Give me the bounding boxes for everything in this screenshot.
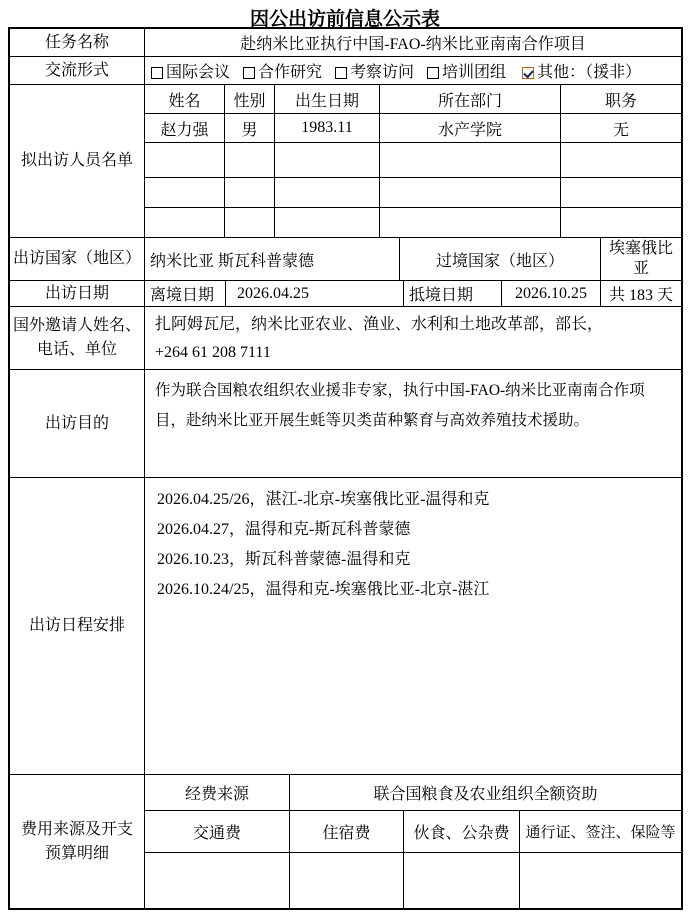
- invitee-label-line2: 电话、单位: [13, 338, 141, 362]
- purpose-text: 作为联合国粮农组织农业援非专家，执行中国-FAO-纳米比亚南南合作项目，赴纳米比…: [147, 370, 679, 436]
- row-dates: 出访日期 离境日期 2026.04.25 抵境日期 2026.10.25 共 1…: [10, 281, 681, 307]
- row-countries: 出访国家（地区） 纳米比亚 斯瓦科普蒙德 过境国家（地区） 埃塞俄比亚: [10, 238, 681, 281]
- row-exchange: 交流形式 国际会议 合作研究 考察访问 培训团组 其他：（援非）: [10, 57, 681, 85]
- fee-cell-lodging: [290, 853, 404, 908]
- row-invitee: 国外邀请人姓名、 电话、单位 扎阿姆瓦尼，纳米比亚农业、渔业、水利和土地改革部，…: [10, 307, 681, 370]
- transit-label: 过境国家（地区）: [400, 238, 601, 280]
- dates-label: 出访日期: [10, 281, 145, 306]
- departure-date-label: 离境日期: [145, 281, 226, 306]
- personnel-row: [145, 143, 681, 178]
- checkbox-icon: [427, 67, 439, 79]
- personnel-cell-duty: [561, 143, 681, 177]
- destination-value: 纳米比亚 斯瓦科普蒙德: [145, 238, 400, 280]
- personnel-header-row: 姓名 性别 出生日期 所在部门 职务: [145, 85, 681, 114]
- option-label: 其他：（援非）: [537, 64, 641, 81]
- personnel-cell-department: [380, 208, 561, 237]
- exchange-option-training-group[interactable]: 培训团组: [427, 59, 506, 82]
- invitee-info-line1: 扎阿姆瓦尼，纳米比亚农业、渔业、水利和土地改革部，部长，: [155, 311, 603, 339]
- budget-source-row: 经费来源 联合国粮食及农业组织全额资助: [145, 775, 681, 811]
- personnel-cell-name: [145, 143, 225, 177]
- personnel-cell-sex: 男: [225, 114, 275, 142]
- personnel-label: 拟出访人员名单: [10, 85, 145, 237]
- departure-date-value: 2026.04.25: [226, 281, 404, 306]
- row-budget: 费用来源及开支 预算明细 经费来源 联合国粮食及农业组织全额资助 交通费 住宿费…: [10, 775, 681, 908]
- personnel-cell-dob: [275, 143, 380, 177]
- document-page: 因公出访前信息公示表 任务名称 赴纳米比亚执行中国-FAO-纳米比亚南南合作项目…: [0, 0, 690, 910]
- exchange-option-other[interactable]: 其他：（援非）: [522, 59, 641, 82]
- task-label: 任务名称: [10, 29, 145, 56]
- page-title: 因公出访前信息公示表: [0, 0, 690, 27]
- checkbox-icon: [243, 67, 255, 79]
- personnel-header-sex: 性别: [225, 85, 275, 113]
- itinerary-line: 2026.04.27，温得和克-斯瓦科普蒙德: [157, 515, 489, 545]
- personnel-cell-department: 水产学院: [380, 114, 561, 142]
- exchange-label: 交流形式: [10, 57, 145, 84]
- budget-label-line2: 预算明细: [21, 842, 133, 866]
- invitee-info: 扎阿姆瓦尼，纳米比亚农业、渔业、水利和土地改革部，部长， +264 61 208…: [145, 307, 681, 369]
- personnel-cell-sex: [225, 143, 275, 177]
- fee-cell-meals: [404, 853, 520, 908]
- itinerary-line: 2026.10.23，斯瓦科普蒙德-温得和克: [157, 545, 489, 575]
- checkbox-checked-icon: [522, 67, 534, 79]
- checkbox-icon: [151, 67, 163, 79]
- fee-header-meals: 伙食、公杂费: [404, 811, 520, 852]
- itinerary-line: 2026.10.24/25，温得和克-埃塞俄比亚-北京-湛江: [157, 575, 489, 605]
- personnel-cell-dob: [275, 178, 380, 207]
- exchange-option-international-conference[interactable]: 国际会议: [151, 59, 230, 82]
- fee-cell-permits: [520, 853, 681, 908]
- fee-header-permits: 通行证、签注、保险等: [520, 811, 681, 852]
- row-personnel: 拟出访人员名单 姓名 性别 出生日期 所在部门 职务 赵力强 男 1983.11…: [10, 85, 681, 238]
- personnel-row: 赵力强 男 1983.11 水产学院 无: [145, 114, 681, 143]
- arrival-date-value: 2026.10.25: [502, 281, 601, 306]
- transit-value: 埃塞俄比亚: [601, 238, 681, 280]
- trip-duration: 共 183 天: [601, 281, 681, 306]
- arrival-date-label: 抵境日期: [404, 281, 502, 306]
- exchange-option-cooperative-research[interactable]: 合作研究: [243, 59, 322, 82]
- itinerary-line: 2026.04.25/26，湛江-北京-埃塞俄比亚-温得和克: [157, 485, 489, 515]
- row-purpose: 出访目的 作为联合国粮农组织农业援非专家，执行中国-FAO-纳米比亚南南合作项目…: [10, 370, 681, 478]
- invitee-label: 国外邀请人姓名、 电话、单位: [10, 307, 145, 369]
- option-label: 考察访问: [350, 64, 414, 81]
- personnel-cell-name: [145, 178, 225, 207]
- exchange-options: 国际会议 合作研究 考察访问 培训团组 其他：（援非）: [145, 57, 681, 84]
- row-itinerary: 出访日程安排 2026.04.25/26，湛江-北京-埃塞俄比亚-温得和克 20…: [10, 478, 681, 775]
- budget-fee-header-row: 交通费 住宿费 伙食、公杂费 通行证、签注、保险等: [145, 811, 681, 853]
- option-label: 合作研究: [258, 64, 322, 81]
- personnel-cell-sex: [225, 178, 275, 207]
- fee-cell-transport: [145, 853, 290, 908]
- personnel-row: [145, 208, 681, 237]
- funding-source-label: 经费来源: [145, 775, 290, 810]
- personnel-header-dob: 出生日期: [275, 85, 380, 113]
- personnel-cell-department: [380, 143, 561, 177]
- personnel-cell-duty: [561, 208, 681, 237]
- budget-label: 费用来源及开支 预算明细: [10, 775, 145, 908]
- row-task: 任务名称 赴纳米比亚执行中国-FAO-纳米比亚南南合作项目: [10, 29, 681, 57]
- invitee-info-line2: +264 61 208 7111: [155, 339, 603, 367]
- itinerary-lines: 2026.04.25/26，湛江-北京-埃塞俄比亚-温得和克 2026.04.2…: [147, 478, 489, 605]
- personnel-row: [145, 178, 681, 208]
- invitee-label-line1: 国外邀请人姓名、: [13, 314, 141, 338]
- funding-source-value: 联合国粮食及农业组织全额资助: [290, 775, 681, 810]
- personnel-cell-name: [145, 208, 225, 237]
- personnel-table: 姓名 性别 出生日期 所在部门 职务 赵力强 男 1983.11 水产学院 无: [145, 85, 681, 237]
- personnel-cell-dob: [275, 208, 380, 237]
- budget-fee-value-row: [145, 853, 681, 908]
- fee-header-lodging: 住宿费: [290, 811, 404, 852]
- option-label: 国际会议: [166, 64, 230, 81]
- personnel-header-name: 姓名: [145, 85, 225, 113]
- personnel-cell-department: [380, 178, 561, 207]
- budget-label-line1: 费用来源及开支: [21, 818, 133, 842]
- fee-header-transport: 交通费: [145, 811, 290, 852]
- personnel-cell-name: 赵力强: [145, 114, 225, 142]
- personnel-cell-duty: 无: [561, 114, 681, 142]
- form-table: 任务名称 赴纳米比亚执行中国-FAO-纳米比亚南南合作项目 交流形式 国际会议 …: [8, 27, 683, 910]
- itinerary-label: 出访日程安排: [10, 478, 145, 774]
- exchange-option-inspection-visit[interactable]: 考察访问: [335, 59, 414, 82]
- option-label: 培训团组: [442, 64, 506, 81]
- checkbox-icon: [335, 67, 347, 79]
- itinerary-cell: 2026.04.25/26，湛江-北京-埃塞俄比亚-温得和克 2026.04.2…: [145, 478, 681, 774]
- budget-table: 经费来源 联合国粮食及农业组织全额资助 交通费 住宿费 伙食、公杂费 通行证、签…: [145, 775, 681, 908]
- task-value: 赴纳米比亚执行中国-FAO-纳米比亚南南合作项目: [145, 29, 681, 56]
- transit-value-text: 埃塞俄比亚: [605, 239, 677, 279]
- personnel-header-department: 所在部门: [380, 85, 561, 113]
- purpose-cell: 作为联合国粮农组织农业援非专家，执行中国-FAO-纳米比亚南南合作项目，赴纳米比…: [145, 370, 681, 477]
- purpose-label: 出访目的: [10, 370, 145, 477]
- countries-label: 出访国家（地区）: [10, 238, 145, 280]
- personnel-header-duty: 职务: [561, 85, 681, 113]
- personnel-cell-dob: 1983.11: [275, 114, 380, 142]
- personnel-cell-duty: [561, 178, 681, 207]
- personnel-cell-sex: [225, 208, 275, 237]
